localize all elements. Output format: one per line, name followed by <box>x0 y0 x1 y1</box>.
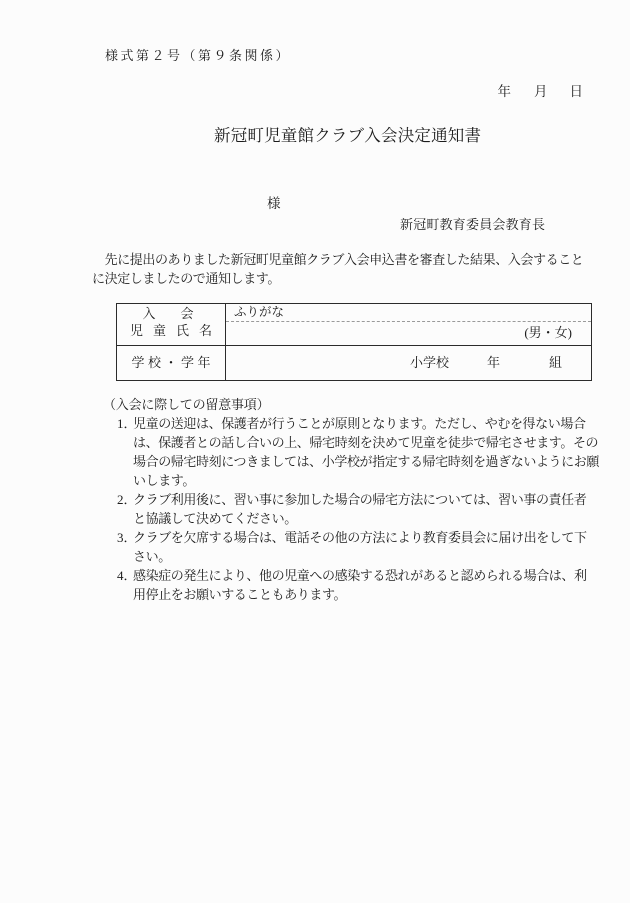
admission-header-label: 入 会 <box>117 304 225 323</box>
admission-table: 入 会 児童氏名 ふりがな (男・女) 学校・学年 小学校 年 組 <box>116 303 592 381</box>
body-line: に決定しましたので通知します。 <box>92 269 584 288</box>
child-name-value-cell: ふりがな (男・女) <box>226 304 591 345</box>
body-paragraph: 先に提出のありました新冠町児童館クラブ入会申込書を審査した結果、入会すること に… <box>92 250 584 288</box>
note-marker: 2． <box>117 490 137 509</box>
gender-label: (男・女) <box>524 325 572 340</box>
grade-year-label: 年 <box>487 346 500 379</box>
table-row-school-grade: 学校・学年 小学校 年 組 <box>117 346 591 380</box>
table-row-child-name: 入 会 児童氏名 ふりがな (男・女) <box>117 304 591 346</box>
note-line: クラブ利用後に、習い事に参加した場合の帰宅方法については、習い事の責任者 <box>133 490 593 509</box>
note-item-2: 2． クラブ利用後に、習い事に参加した場合の帰宅方法については、習い事の責任者 … <box>133 490 593 528</box>
note-line: 用停止をお願いすることもあります。 <box>133 585 593 604</box>
note-line: いします。 <box>133 471 593 490</box>
day-label: 日 <box>570 84 584 99</box>
page-title: 新冠町児童館クラブ入会決定通知書 <box>214 124 481 148</box>
note-marker: 4． <box>117 566 137 585</box>
notes-header: （入会に際しての留意事項） <box>103 395 269 414</box>
note-line: クラブを欠席する場合は、電話その他の方法により教育委員会に届け出をして下 <box>133 528 593 547</box>
note-line: は、保護者との話し合いの上、帰宅時刻を決めて児童を徒歩で帰宅させます。その <box>133 433 593 452</box>
furigana-label: ふりがな <box>226 304 591 322</box>
note-line: さい。 <box>133 547 593 566</box>
recipient-honorific: 様 <box>267 194 281 213</box>
notes-section: 1． 児童の送迎は、保護者が行うことが原則となります。ただし、やむを得ない場合 … <box>133 414 593 604</box>
elementary-school-label: 小学校 <box>410 346 449 379</box>
month-label: 月 <box>534 84 548 99</box>
note-line: 児童の送迎は、保護者が行うことが原則となります。ただし、やむを得ない場合 <box>133 414 593 433</box>
note-line: と協議して決めてください。 <box>133 509 593 528</box>
note-marker: 3． <box>117 528 137 547</box>
note-item-3: 3． クラブを欠席する場合は、電話その他の方法により教育委員会に届け出をして下 … <box>133 528 593 566</box>
note-item-1: 1． 児童の送迎は、保護者が行うことが原則となります。ただし、やむを得ない場合 … <box>133 414 593 490</box>
note-line: 感染症の発生により、他の児童への感染する恐れがあると認められる場合は、利 <box>133 566 593 585</box>
child-name-header-label: 児童氏名 <box>117 323 225 340</box>
date-line: 年月日 <box>498 82 584 101</box>
body-line: 先に提出のありました新冠町児童館クラブ入会申込書を審査した結果、入会すること <box>92 250 584 269</box>
child-name-header-cell: 入 会 児童氏名 <box>117 304 226 345</box>
note-item-4: 4． 感染症の発生により、他の児童への感染する恐れがあると認められる場合は、利 … <box>133 566 593 604</box>
form-number: 様式第２号（第９条関係） <box>105 46 291 65</box>
class-label: 組 <box>549 346 562 379</box>
note-marker: 1． <box>117 414 137 433</box>
name-field-blank: (男・女) <box>226 322 591 344</box>
year-label: 年 <box>498 84 512 99</box>
school-grade-value-cell: 小学校 年 組 <box>226 346 591 380</box>
document-page: 様式第２号（第９条関係） 年月日 新冠町児童館クラブ入会決定通知書 様 新冠町教… <box>0 0 630 903</box>
sender-name: 新冠町教育委員会教育長 <box>400 215 545 234</box>
school-grade-header-label: 学校・学年 <box>117 346 226 380</box>
note-line: 場合の帰宅時刻につきましては、小学校が指定する帰宅時刻を過ぎないようにお願 <box>133 452 593 471</box>
